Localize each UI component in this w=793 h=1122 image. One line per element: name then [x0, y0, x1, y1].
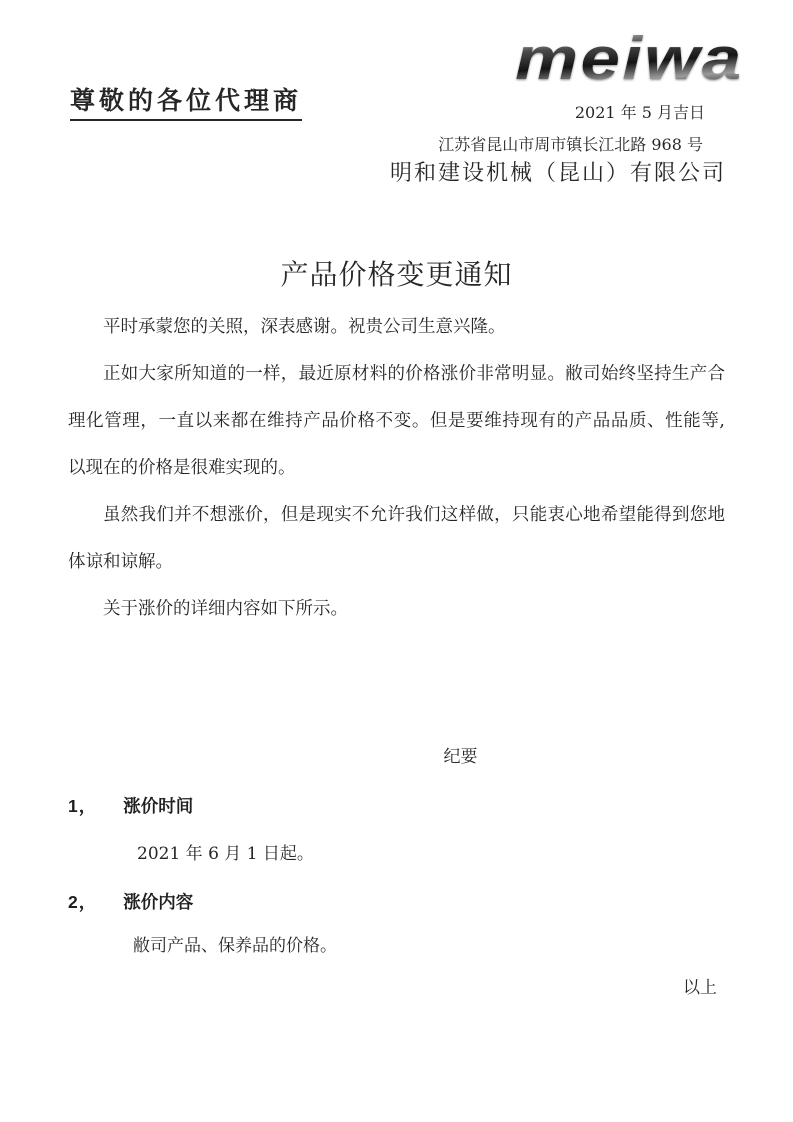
section-2-title: 涨价内容	[123, 892, 193, 912]
section-1-number: 1，	[68, 796, 97, 816]
salutation-heading: 尊敬的各位代理商	[70, 86, 302, 121]
section-2-number: 2，	[68, 892, 97, 912]
document-page: meiwa 尊敬的各位代理商 2021 年 5 月吉日 江苏省昆山市周市镇长江北…	[0, 0, 793, 1122]
summary-heading: 纪要	[68, 743, 725, 771]
section-2-content: 敝司产品、保养品的价格。	[133, 932, 337, 960]
section-1-content: 2021 年 6 月 1 日起。	[137, 840, 314, 868]
body-paragraph: 正如大家所知道的一样，最近原材料的价格涨价非常明显。敝司始终坚持生产合理化管理，…	[68, 351, 725, 492]
document-title: 产品价格变更通知	[0, 256, 793, 294]
closing-text: 以上	[683, 974, 717, 1002]
body-paragraph: 平时承蒙您的关照，深表感谢。祝贵公司生意兴隆。	[68, 304, 725, 351]
meiwa-logo: meiwa	[515, 30, 743, 88]
company-name: 明和建设机械（昆山）有限公司	[390, 158, 726, 190]
body-paragraph: 关于涨价的详细内容如下所示。	[68, 586, 725, 633]
address-line: 江苏省昆山市周市镇长江北路 968 号	[438, 134, 703, 156]
body-text: 平时承蒙您的关照，深表感谢。祝贵公司生意兴隆。 正如大家所知道的一样，最近原材料…	[68, 304, 725, 633]
section-2-heading: 2，涨价内容	[68, 888, 193, 916]
body-paragraph: 虽然我们并不想涨价，但是现实不允许我们这样做，只能衷心地希望能得到您地体谅和谅解…	[68, 492, 725, 586]
section-1-title: 涨价时间	[123, 796, 193, 816]
date-line: 2021 年 5 月吉日	[575, 102, 705, 124]
section-1-heading: 1，涨价时间	[68, 792, 193, 820]
